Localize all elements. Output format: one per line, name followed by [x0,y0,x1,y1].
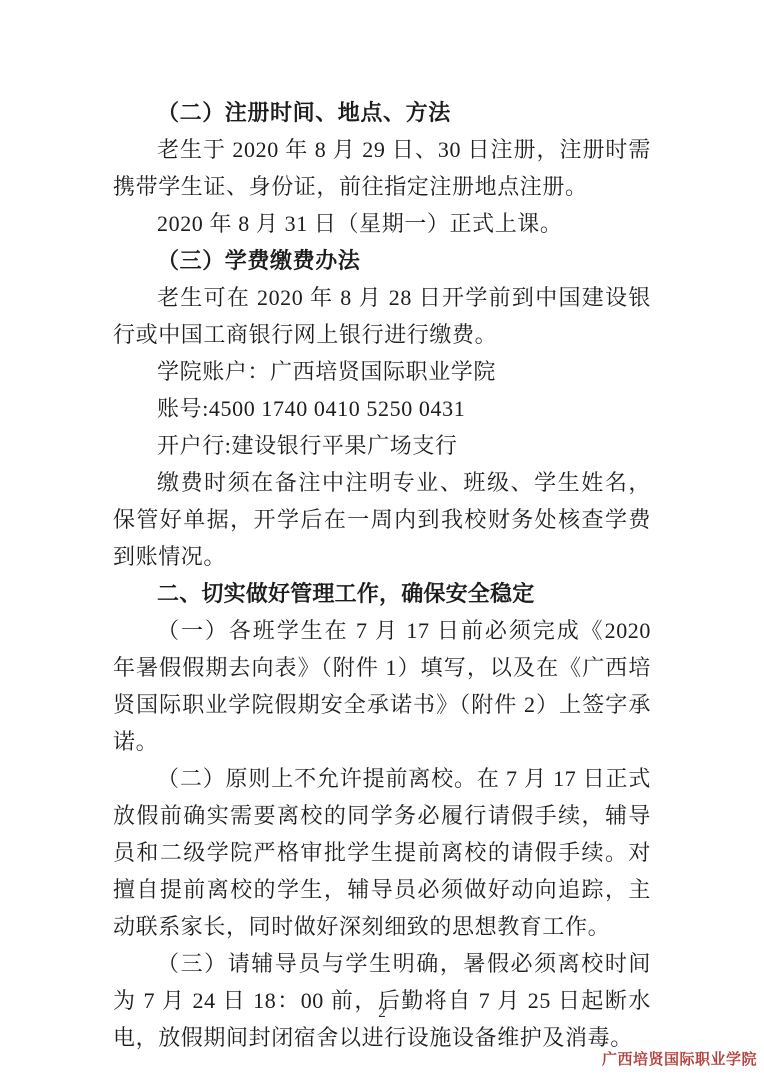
document-body: （二）注册时间、地点、方法老生于 2020 年 8 月 29 日、30 日注册，… [113,94,651,1056]
sub-heading: （三）学费缴费办法 [113,242,651,279]
paragraph: 账号:4500 1740 0410 5250 0431 [113,390,651,427]
section-heading: 二、切实做好管理工作，确保安全稳定 [113,575,651,612]
paragraph: （三）请辅导员与学生明确，暑假必须离校时间为 7 月 24 日 18：00 前，… [113,945,651,1056]
document-page: （二）注册时间、地点、方法老生于 2020 年 8 月 29 日、30 日注册，… [0,0,764,1080]
paragraph: 老生于 2020 年 8 月 29 日、30 日注册，注册时需携带学生证、身份证… [113,131,651,205]
page-number: 2 [0,1005,764,1022]
sub-heading: （二）注册时间、地点、方法 [113,94,651,131]
paragraph: （二）原则上不允许提前离校。在 7 月 17 日正式放假前确实需要离校的同学务必… [113,760,651,945]
paragraph: 老生可在 2020 年 8 月 28 日开学前到中国建设银行或中国工商银行网上银… [113,279,651,353]
paragraph: （一）各班学生在 7 月 17 日前必须完成《2020 年暑假假期去向表》（附件… [113,612,651,760]
paragraph: 缴费时须在备注中注明专业、班级、学生姓名，保管好单据，开学后在一周内到我校财务处… [113,464,651,575]
paragraph: 2020 年 8 月 31 日（星期一）正式上课。 [113,205,651,242]
paragraph: 学院账户：广西培贤国际职业学院 [113,353,651,390]
footer-watermark: 广西培贤国际职业学院 [602,1048,757,1069]
paragraph: 开户行:建设银行平果广场支行 [113,427,651,464]
